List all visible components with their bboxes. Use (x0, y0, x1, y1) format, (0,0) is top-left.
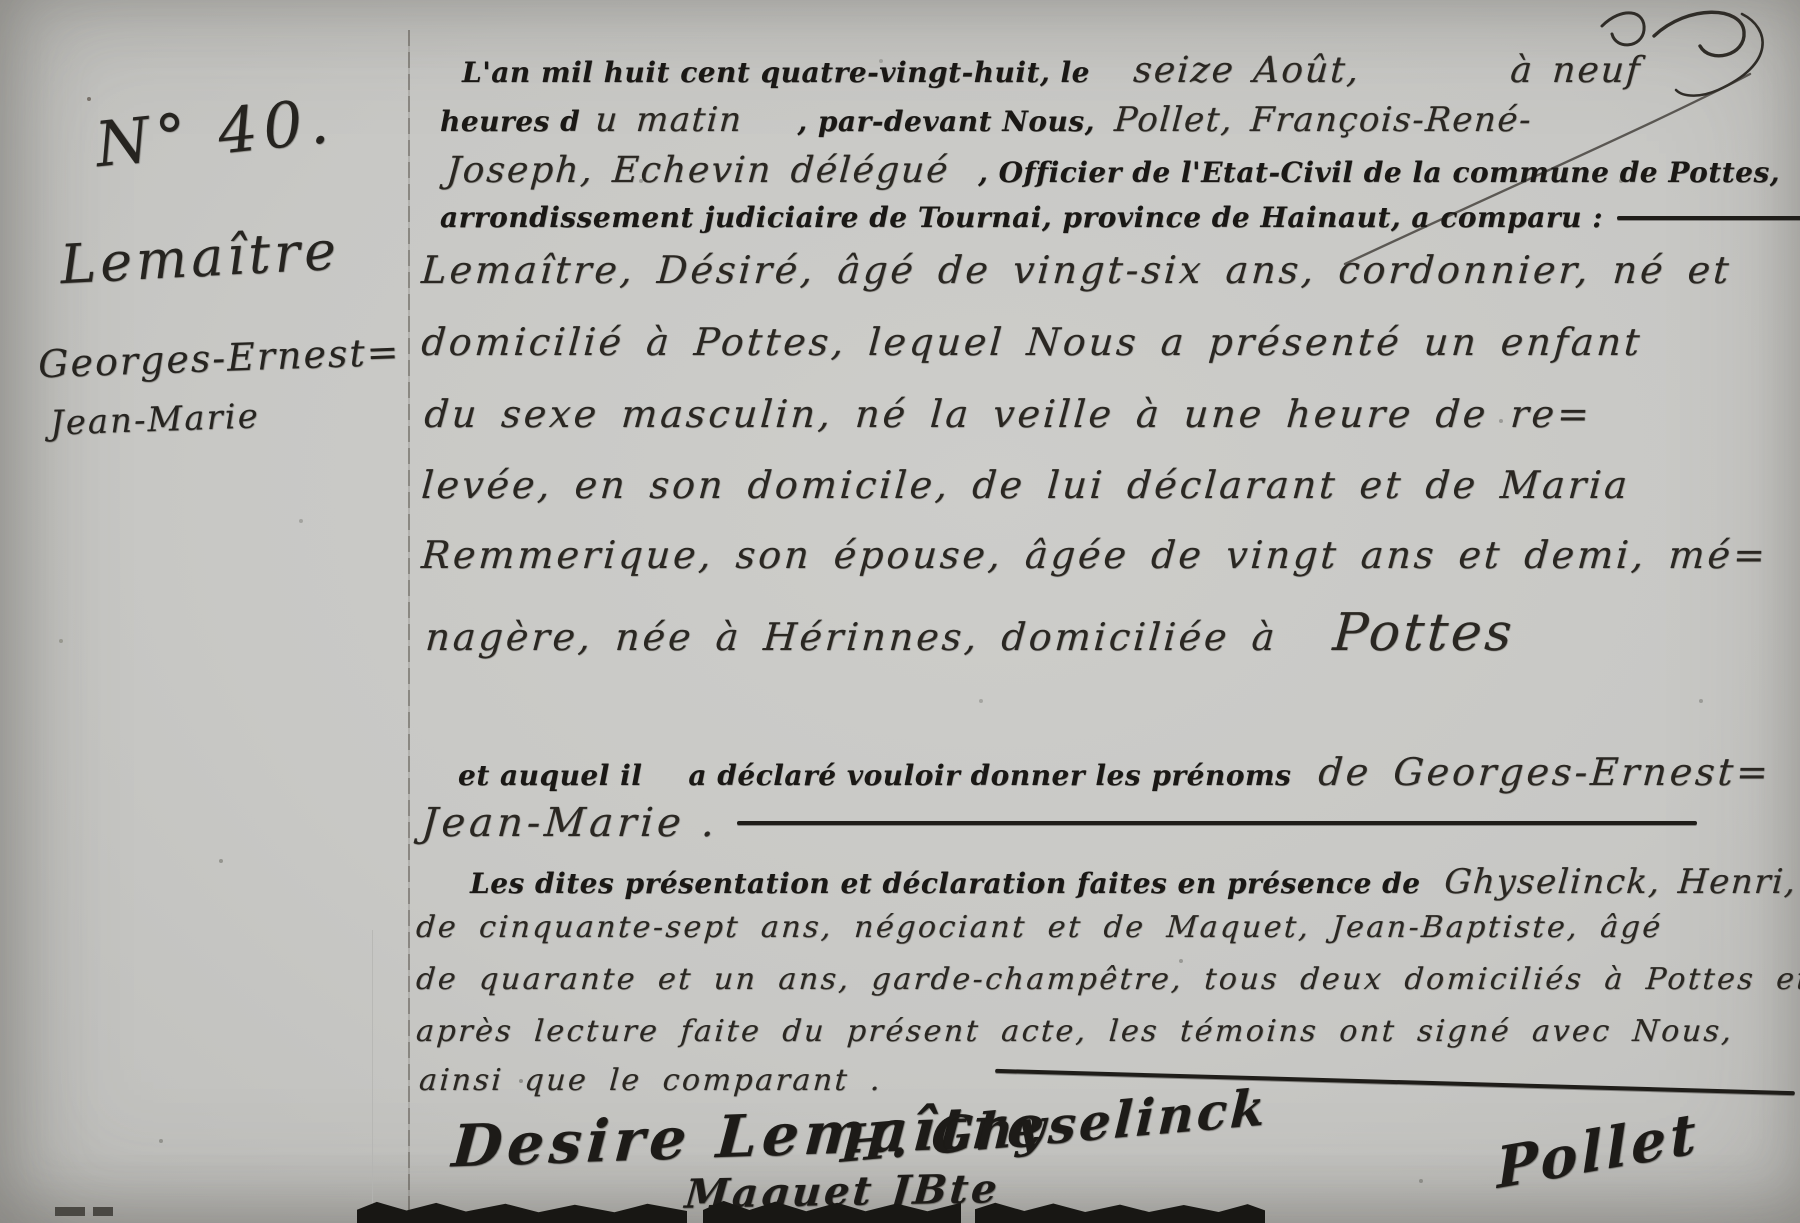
handwritten-body-3: du sexe masculin, né la veille à une heu… (423, 392, 1594, 436)
act-line-10: nagère, née à Hérinnes, domiciliée à Pot… (424, 603, 1512, 663)
form-text-before-us: , par-devant Nous, (797, 105, 1095, 138)
filler-line-long (737, 821, 1697, 825)
handwritten-closing-1: après lecture faite du présent acte, les… (415, 1014, 1735, 1049)
form-text-declared-names: a déclaré vouloir donner les prénoms (688, 759, 1291, 792)
margin-name-line-2: Georges-Ernest= (37, 330, 401, 387)
act-line-15: de quarante et un ans, garde-champêtre, … (415, 962, 1800, 997)
handwritten-officer-name-2: Joseph, Echevin délégué (445, 150, 951, 191)
act-line-9: Remmerique, son épouse, âgée de vingt an… (420, 533, 1766, 577)
form-text-hours: heures d (440, 105, 580, 138)
handwritten-date: seize Août, (1132, 50, 1362, 91)
handwritten-given-names-1: de Georges-Ernest= (1317, 750, 1772, 794)
bottom-edge-mark (55, 1207, 85, 1216)
handwritten-hours-fill: u matin (594, 100, 744, 140)
act-line-6: domicilié à Pottes, lequel Nous a présen… (420, 320, 1641, 364)
handwritten-given-names-2: Jean-Marie . (420, 800, 720, 846)
scanned-register-page: N° 40. Lemaître Georges-Ernest= Jean-Mar… (0, 0, 1800, 1223)
handwritten-witness-2: de cinquante-sept ans, négociant et de M… (415, 910, 1664, 945)
act-line-17: ainsi que le comparant . (418, 1063, 881, 1098)
act-line-3: Joseph, Echevin délégué , Officier de l'… (445, 150, 1780, 191)
paper-crease (372, 930, 373, 1223)
form-text-officer-title: , Officier de l'Etat-Civil de la commune… (978, 156, 1780, 189)
paper-speckle-texture (0, 0, 2, 2)
form-text-district: arrondissement judiciaire de Tournai, pr… (440, 201, 1603, 234)
handwritten-witness-3: de quarante et un ans, garde-champêtre, … (415, 962, 1800, 997)
handwritten-witness-1: Ghyselinck, Henri, âgé (1443, 862, 1800, 902)
bottom-edge-band (357, 1199, 687, 1223)
margin-name-line-1: Lemaître (59, 219, 342, 297)
act-number: N° 40. (92, 84, 338, 182)
filler-line (1617, 216, 1800, 220)
handwritten-closing-2: ainsi que le comparant . (418, 1063, 884, 1098)
act-line-7: du sexe masculin, né la veille à une heu… (423, 392, 1590, 436)
handwritten-body-6: nagère, née à Hérinnes, domiciliée à (424, 615, 1279, 659)
act-line-4: arrondissement judiciaire de Tournai, pr… (440, 201, 1800, 234)
margin-name-line-3: Jean-Marie (49, 396, 260, 443)
act-line-14: de cinquante-sept ans, négociant et de M… (415, 910, 1661, 945)
margin-rule (408, 30, 410, 1223)
form-text-opening: L'an mil huit cent quatre-vingt-huit, le (462, 56, 1090, 89)
act-line-2: heures d u matin , par-devant Nous, Poll… (440, 100, 1531, 140)
handwritten-officer-name: Pollet, François-René- (1113, 100, 1533, 140)
form-text-and-to-whom: et auquel il (458, 759, 642, 792)
act-line-8: levée, en son domicile, de lui déclarant… (420, 463, 1628, 507)
signature-witness-ghyselinck: H. Ghyselinck (839, 1077, 1269, 1174)
act-line-12: Jean-Marie . (420, 800, 1697, 846)
handwritten-commune: Pottes (1331, 603, 1517, 663)
handwritten-body-5: Remmerique, son épouse, âgée de vingt an… (420, 533, 1770, 577)
handwritten-hour: à neuf (1509, 50, 1643, 91)
act-line-5: Lemaître, Désiré, âgé de vingt-six ans, … (420, 248, 1730, 292)
handwritten-body-4: levée, en son domicile, de lui déclarant… (420, 463, 1631, 507)
act-line-13: Les dites présentation et déclaration fa… (470, 862, 1800, 902)
handwritten-declarant: Lemaître, Désiré, âgé de vingt-six ans, … (420, 248, 1733, 292)
signature-officer-pollet: Pollet (1495, 1100, 1700, 1202)
act-line-1: L'an mil huit cent quatre-vingt-huit, le… (462, 50, 1640, 91)
bottom-edge-band (975, 1200, 1265, 1223)
act-line-16: après lecture faite du présent acte, les… (415, 1014, 1732, 1049)
act-line-11: et auquel il a déclaré vouloir donner le… (458, 750, 1770, 794)
bottom-edge-mark (93, 1207, 113, 1216)
handwritten-body-2: domicilié à Pottes, lequel Nous a présen… (420, 320, 1644, 364)
form-text-witness-clause: Les dites présentation et déclaration fa… (470, 867, 1421, 900)
